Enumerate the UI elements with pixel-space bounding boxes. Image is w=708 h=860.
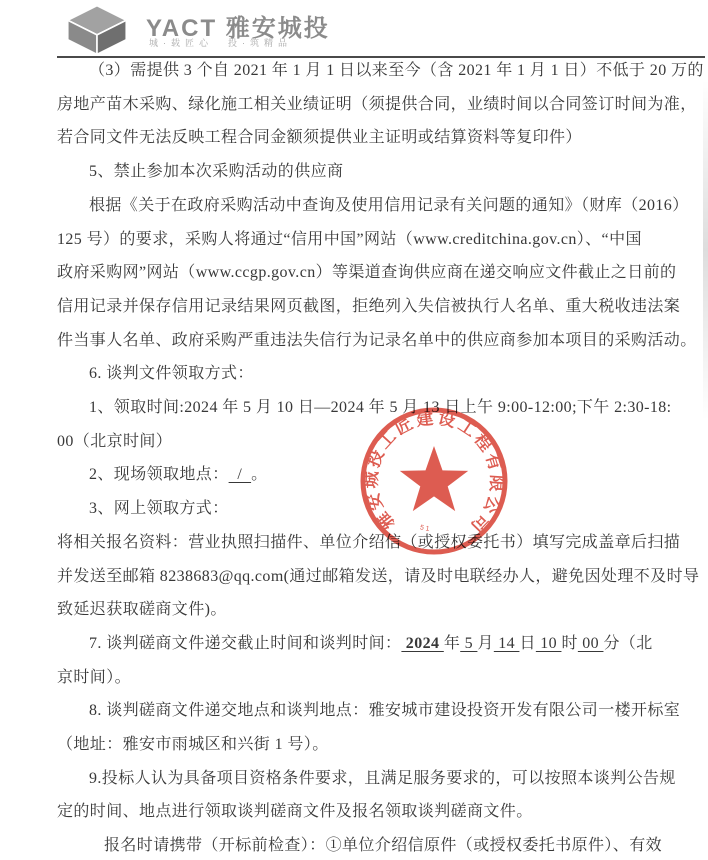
text-segment: 根据《关于在政府采购活动中查询及使用信用记录有关问题的通知》（财库（2016） bbox=[89, 197, 689, 214]
text-line: 00（北京时间） bbox=[57, 425, 667, 459]
document-lines: （3）需提供 3 个自 2021 年 1 月 1 日以来至今（含 2021 年 … bbox=[57, 54, 667, 860]
text-line: 根据《关于在政府采购活动中查询及使用信用记录有关问题的通知》（财库（2016） bbox=[57, 189, 667, 223]
text-segment: 3、网上领取方式： bbox=[89, 500, 229, 517]
text-line: 若合同文件无法反映工程合同金额须提供业主证明或结算资料等复印件） bbox=[57, 121, 667, 155]
text-line: 信用记录并保存信用记录结果网页截图，拒绝列入失信被执行人名单、重大税收违法案 bbox=[57, 290, 667, 324]
text-segment: 将相关报名资料：营业执照扫描件、单位介绍信（或授权委托书）填写完成盖章后扫描 bbox=[57, 534, 680, 551]
text-line: 件当事人名单、政府采购严重违法失信行为记录名单中的供应商参加本项目的采购活动。 bbox=[57, 324, 667, 358]
text-segment: 日 bbox=[519, 635, 535, 652]
text-line: 7. 谈判磋商文件递交截止时间和谈判时间： 2024 年 5 月 14 日 10… bbox=[57, 627, 667, 661]
underlined-value: 10 bbox=[536, 635, 562, 652]
text-line: 8. 谈判磋商文件递交地点和谈判地点：雅安城市建设投资开发有限公司一楼开标室 bbox=[57, 694, 667, 728]
text-segment: 报名时请携带（开标前检查）：①单位介绍信原件（或授权委托书原件）、有效 bbox=[104, 837, 662, 854]
text-segment: （3）需提供 3 个自 2021 年 1 月 1 日以来至今（含 2021 年 … bbox=[89, 62, 704, 79]
text-segment: 6. 谈判文件领取方式： bbox=[89, 365, 254, 382]
text-line: 报名时请携带（开标前检查）：①单位介绍信原件（或授权委托书原件）、有效 bbox=[57, 829, 667, 860]
text-line: 房地产苗木采购、绿化施工相关业绩证明（须提供合同，业绩时间以合同签订时间为准， bbox=[57, 88, 667, 122]
text-segment: 1、领取时间:2024 年 5 月 10 日—2024 年 5 月 13 日上午… bbox=[89, 399, 672, 416]
text-segment: 并发送至邮箱 8238683@qq.com(通过邮箱发送，请及时电联经办人，避免… bbox=[57, 568, 699, 585]
text-segment: 信用记录并保存信用记录结果网页截图，拒绝列入失信被执行人名单、重大税收违法案 bbox=[57, 298, 680, 315]
text-segment: 若合同文件无法反映工程合同金额须提供业主证明或结算资料等复印件） bbox=[57, 129, 582, 146]
text-segment: 7. 谈判磋商文件递交截止时间和谈判时间： bbox=[89, 635, 401, 652]
underlined-value: 2024 bbox=[401, 635, 443, 652]
text-line: 政府采购网”网站（www.ccgp.gov.cn）等渠道查询供应商在递交响应文件… bbox=[57, 256, 667, 290]
text-line: 1、领取时间:2024 年 5 月 10 日—2024 年 5 月 13 日上午… bbox=[57, 391, 667, 425]
text-line: 京时间）。 bbox=[57, 661, 667, 695]
text-segment: 年 bbox=[444, 635, 460, 652]
letterhead: YACT 雅安城投 城·载匠心 投·筑精品 bbox=[0, 0, 708, 58]
underlined-value: 00 bbox=[578, 635, 604, 652]
text-segment: 件当事人名单、政府采购严重违法失信行为记录名单中的供应商参加本项目的采购活动。 bbox=[57, 332, 697, 349]
text-segment: 125 号）的要求，采购人将通过“信用中国”网站（www.creditchina… bbox=[57, 231, 642, 248]
text-line: 3、网上领取方式： bbox=[57, 492, 667, 526]
text-segment: 分（北 bbox=[603, 635, 652, 652]
text-segment: 致延迟获取磋商文件)。 bbox=[57, 601, 227, 618]
text-line: （地址：雅安市雨城区和兴街 1 号）。 bbox=[57, 728, 667, 762]
text-line: 定的时间、地点进行领取谈判磋商文件及报名领取谈判磋商文件。 bbox=[57, 795, 667, 829]
text-segment: 5、禁止参加本次采购活动的供应商 bbox=[89, 163, 343, 180]
brand-tagline: 城·载匠心 投·筑精品 bbox=[149, 36, 292, 49]
text-segment: （地址：雅安市雨城区和兴街 1 号）。 bbox=[57, 736, 329, 753]
text-line: 2、现场领取地点： / 。 bbox=[57, 458, 667, 492]
text-line: 将相关报名资料：营业执照扫描件、单位介绍信（或授权委托书）填写完成盖章后扫描 bbox=[57, 526, 667, 560]
text-segment: 00（北京时间） bbox=[57, 433, 172, 450]
text-segment: 定的时间、地点进行领取谈判磋商文件及报名领取谈判磋商文件。 bbox=[57, 803, 533, 820]
text-line: 致延迟获取磋商文件)。 bbox=[57, 593, 667, 627]
text-segment: 2、现场领取地点： bbox=[89, 466, 229, 483]
text-segment: 时 bbox=[561, 635, 577, 652]
text-segment: 。 bbox=[251, 466, 267, 483]
text-line: （3）需提供 3 个自 2021 年 1 月 1 日以来至今（含 2021 年 … bbox=[57, 54, 667, 88]
text-segment: 京时间）。 bbox=[57, 669, 131, 686]
text-line: 9.投标人认为具备项目资格条件要求，且满足服务要求的，可以按照本谈判公告规 bbox=[57, 762, 667, 796]
underlined-value: 5 bbox=[460, 635, 477, 652]
text-line: 6. 谈判文件领取方式： bbox=[57, 357, 667, 391]
text-segment: 9.投标人认为具备项目资格条件要求，且满足服务要求的，可以按照本谈判公告规 bbox=[89, 770, 676, 787]
text-segment: 政府采购网”网站（www.ccgp.gov.cn）等渠道查询供应商在递交响应文件… bbox=[57, 264, 676, 281]
underlined-value: 14 bbox=[494, 635, 520, 652]
scanned-document-page: YACT 雅安城投 城·载匠心 投·筑精品 （3）需提供 3 个自 2021 年… bbox=[0, 0, 708, 860]
text-segment: 房地产苗木采购、绿化施工相关业绩证明（须提供合同，业绩时间以合同签订时间为准， bbox=[57, 96, 697, 113]
underlined-value: / bbox=[229, 466, 251, 483]
text-segment: 8. 谈判磋商文件递交地点和谈判地点：雅安城市建设投资开发有限公司一楼开标室 bbox=[89, 702, 680, 719]
text-line: 并发送至邮箱 8238683@qq.com(通过邮箱发送，请及时电联经办人，避免… bbox=[57, 560, 667, 594]
cube-3d-icon bbox=[64, 4, 130, 56]
text-segment: 月 bbox=[477, 635, 493, 652]
scan-artifact bbox=[703, 80, 708, 420]
text-line: 5、禁止参加本次采购活动的供应商 bbox=[57, 155, 667, 189]
text-line: 125 号）的要求，采购人将通过“信用中国”网站（www.creditchina… bbox=[57, 223, 667, 257]
